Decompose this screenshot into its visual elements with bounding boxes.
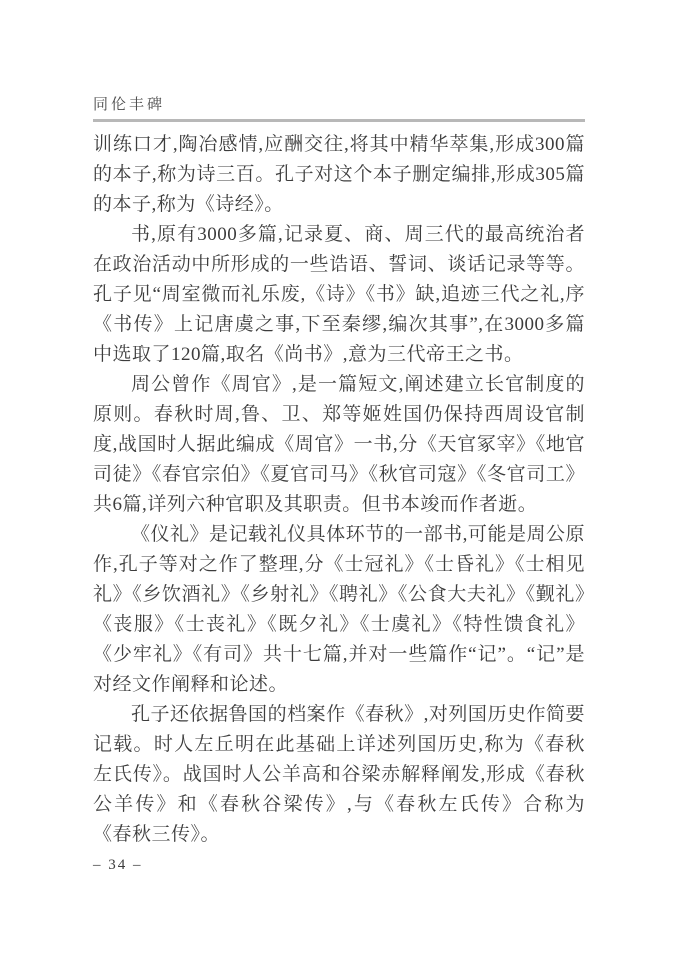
book-page: 同伦丰碑 训练口才,陶冶感情,应酬交往,将其中精华萃集,形成300篇的本子,称为… (0, 0, 692, 968)
paragraph: 周公曾作《周官》,是一篇短文,阐述建立长官制度的原则。春秋时周,鲁、卫、郑等姬姓… (93, 370, 585, 520)
paragraph: 孔子还依据鲁国的档案作《春秋》,对列国历史作简要记载。时人左丘明在此基础上详述列… (93, 700, 585, 850)
running-header: 同伦丰碑 (93, 93, 585, 122)
page-number: – 34 – (93, 857, 143, 874)
header-rule (93, 119, 585, 122)
header-title: 同伦丰碑 (93, 93, 165, 114)
body-text: 训练口才,陶冶感情,应酬交往,将其中精华萃集,形成300篇的本子,称为诗三百。孔… (93, 130, 585, 850)
paragraph: 训练口才,陶冶感情,应酬交往,将其中精华萃集,形成300篇的本子,称为诗三百。孔… (93, 130, 585, 220)
paragraph: 书,原有3000多篇,记录夏、商、周三代的最高统治者在政治活动中所形成的一些诰语… (93, 220, 585, 370)
paragraph: 《仪礼》是记载礼仪具体环节的一部书,可能是周公原作,孔子等对之作了整理,分《士冠… (93, 520, 585, 700)
